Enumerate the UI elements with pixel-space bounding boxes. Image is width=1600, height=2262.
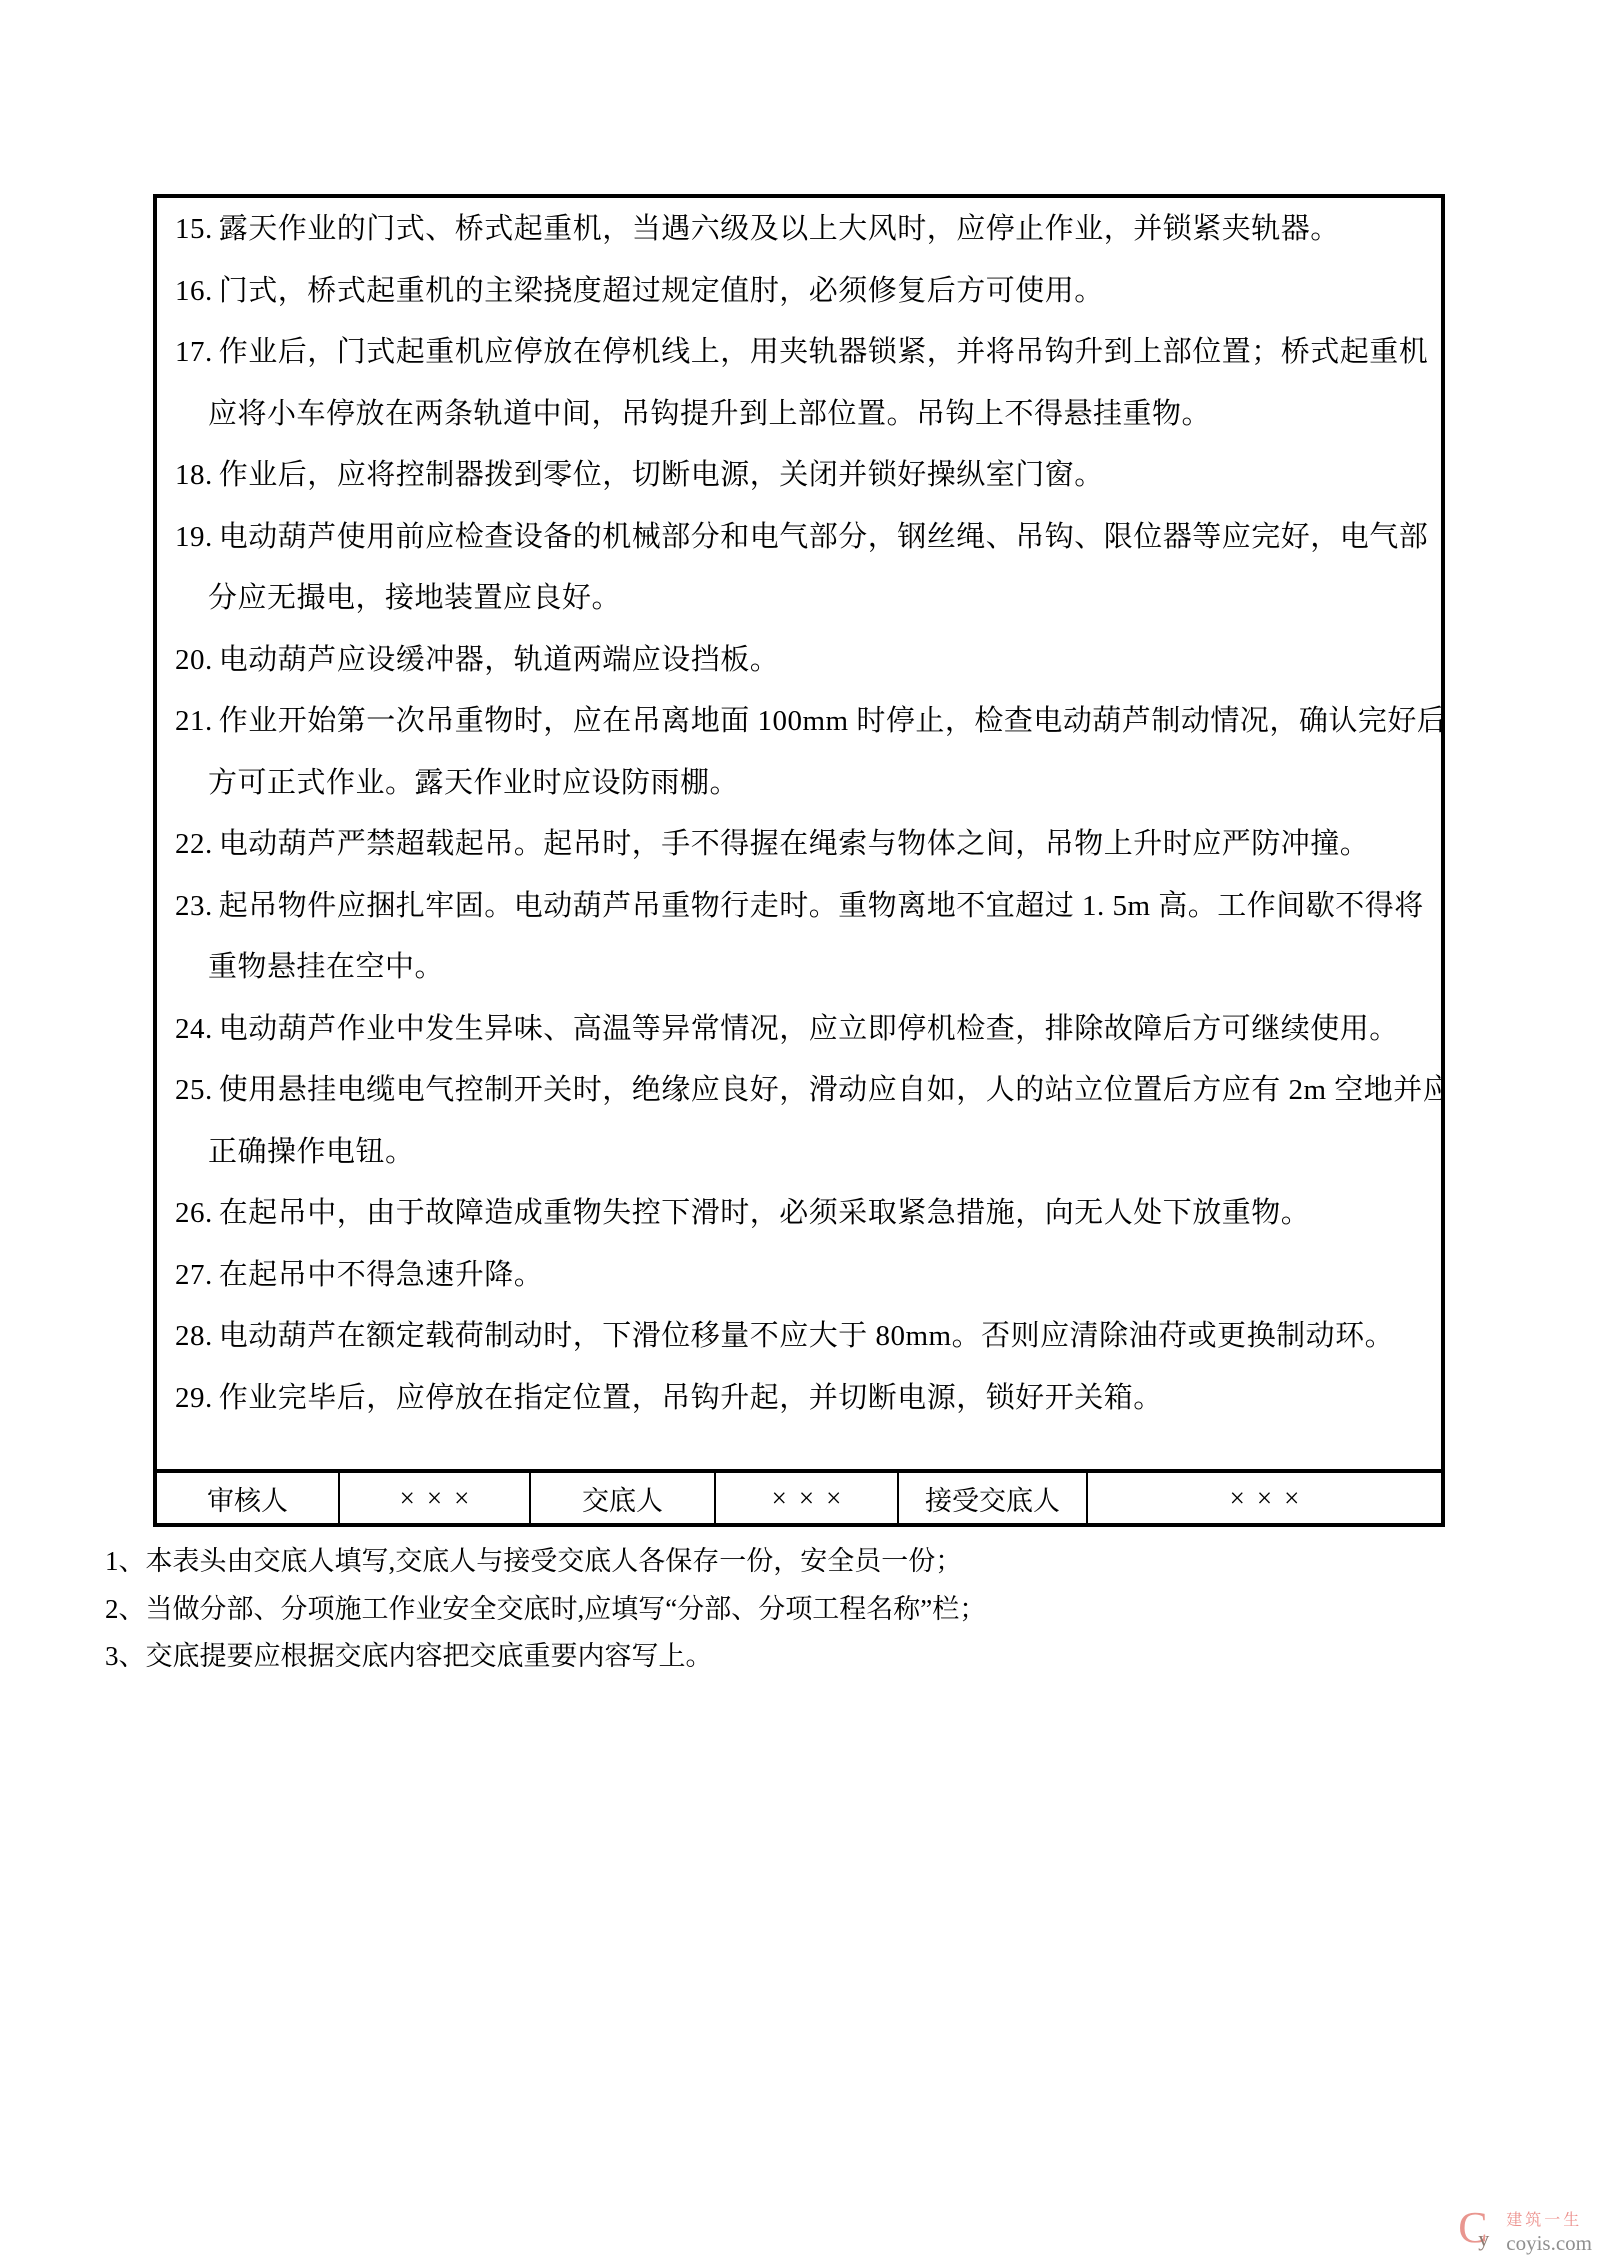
item-number: 21. [175, 705, 213, 737]
item-number: 20. [175, 644, 213, 676]
item-number: 24. [175, 1013, 213, 1045]
list-item: 18.作业后，应将控制器拨到零位，切断电源，关闭并锁好操纵室门窗。 [175, 445, 1425, 507]
footnote-1: 1、本表头由交底人填写,交底人与接受交底人各保存一份，安全员一份； [105, 1538, 986, 1586]
document-page: 15.露天作业的门式、桥式起重机，当遇六级及以上大风时，应停止作业，并锁紧夹轨器… [0, 0, 1600, 2262]
item-text-continuation: 正确操作电钮。 [175, 1122, 1425, 1184]
item-number: 23. [175, 890, 213, 922]
item-text: 作业后，门式起重机应停放在停机线上，用夹轨器锁紧，并将吊钩升到上部位置；桥式起重… [219, 336, 1429, 368]
item-number: 25. [175, 1074, 213, 1106]
numbered-items-list: 15.露天作业的门式、桥式起重机，当遇六级及以上大风时，应停止作业，并锁紧夹轨器… [157, 198, 1441, 1429]
list-item: 27.在起吊中不得急速升降。 [175, 1245, 1425, 1307]
watermark-domain: coyis.com [1506, 2233, 1592, 2254]
list-item: 28.电动葫芦在额定载荷制动时，下滑位移量不应大于 80mm。否则应清除油苻或更… [175, 1306, 1425, 1368]
safety-disclosure-content-box: 15.露天作业的门式、桥式起重机，当遇六级及以上大风时，应停止作业，并锁紧夹轨器… [153, 194, 1445, 1473]
item-number: 28. [175, 1320, 213, 1352]
item-number: 26. [175, 1197, 213, 1229]
watermark: C y 建筑一生 coyis.com [1458, 2210, 1592, 2254]
watermark-text: 建筑一生 coyis.com [1506, 2213, 1592, 2254]
item-text: 作业完毕后，应停放在指定位置，吊钩升起，并切断电源，锁好开关箱。 [219, 1382, 1163, 1414]
receiver-label-cell: 接受交底人 [899, 1473, 1088, 1523]
watermark-brand: 建筑一生 [1506, 2213, 1592, 2229]
item-text: 作业开始第一次吊重物时，应在吊离地面 100mm 时停止，检查电动葫芦制动情况，… [219, 705, 1445, 737]
item-text: 电动葫芦作业中发生异味、高温等异常情况，应立即停机检查，排除故障后方可继续使用。 [219, 1013, 1399, 1045]
item-text-continuation: 重物悬挂在空中。 [175, 937, 1425, 999]
list-item: 23.起吊物件应捆扎牢固。电动葫芦吊重物行走时。重物离地不宜超过 1. 5m 高… [175, 876, 1425, 938]
item-text: 起吊物件应捆扎牢固。电动葫芦吊重物行走时。重物离地不宜超过 1. 5m 高。工作… [219, 890, 1424, 922]
item-number: 16. [175, 275, 213, 307]
signature-row: 审核人 ××× 交底人 ××× 接受交底人 ××× [153, 1473, 1445, 1527]
item-text: 露天作业的门式、桥式起重机，当遇六级及以上大风时，应停止作业，并锁紧夹轨器。 [219, 213, 1340, 245]
discloser-label-cell: 交底人 [531, 1473, 716, 1523]
reviewer-value-cell: ××× [340, 1473, 531, 1523]
list-item: 16.门式，桥式起重机的主梁挠度超过规定值肘，必须修复后方可使用。 [175, 261, 1425, 323]
item-text: 门式，桥式起重机的主梁挠度超过规定值肘，必须修复后方可使用。 [219, 275, 1104, 307]
footnote-2: 2、当做分部、分项施工作业安全交底时,应填写“分部、分项工程名称”栏； [105, 1586, 986, 1634]
list-item: 20.电动葫芦应设缓冲器，轨道两端应设挡板。 [175, 630, 1425, 692]
item-text: 电动葫芦使用前应检查设备的机械部分和电气部分，钢丝绳、吊钩、限位器等应完好，电气… [219, 521, 1429, 553]
item-text-continuation: 应将小车停放在两条轨道中间，吊钩提升到上部位置。吊钩上不得悬挂重物。 [175, 384, 1425, 446]
item-text: 作业后，应将控制器拨到零位，切断电源，关闭并锁好操纵室门窗。 [219, 459, 1104, 491]
item-text-continuation: 分应无撮电，接地装置应良好。 [175, 568, 1425, 630]
footnotes: 1、本表头由交底人填写,交底人与接受交底人各保存一份，安全员一份； 2、当做分部… [105, 1538, 986, 1681]
item-number: 29. [175, 1382, 213, 1414]
logo-letter-y: y [1478, 2228, 1489, 2250]
list-item: 29.作业完毕后，应停放在指定位置，吊钩升起，并切断电源，锁好开关箱。 [175, 1368, 1425, 1430]
item-number: 15. [175, 213, 213, 245]
list-item: 21.作业开始第一次吊重物时，应在吊离地面 100mm 时停止，检查电动葫芦制动… [175, 691, 1425, 753]
list-item: 24.电动葫芦作业中发生异味、高温等异常情况，应立即停机检查，排除故障后方可继续… [175, 999, 1425, 1061]
list-item: 22.电动葫芦严禁超载起吊。起吊时，手不得握在绳索与物体之间，吊物上升时应严防冲… [175, 814, 1425, 876]
item-text: 使用悬挂电缆电气控制开关时，绝缘应良好，滑动应自如，人的站立位置后方应有 2m … [219, 1074, 1445, 1106]
item-text: 电动葫芦应设缓冲器，轨道两端应设挡板。 [219, 644, 780, 676]
footnote-3: 3、交底提要应根据交底内容把交底重要内容写上。 [105, 1633, 986, 1681]
list-item: 25.使用悬挂电缆电气控制开关时，绝缘应良好，滑动应自如，人的站立位置后方应有 … [175, 1060, 1425, 1122]
coyis-logo-icon: C y [1458, 2210, 1500, 2254]
item-text: 在起吊中，由于故障造成重物失控下滑时，必须采取紧急措施，向无人处下放重物。 [219, 1197, 1311, 1229]
discloser-value-cell: ××× [716, 1473, 899, 1523]
list-item: 26.在起吊中，由于故障造成重物失控下滑时，必须采取紧急措施，向无人处下放重物。 [175, 1183, 1425, 1245]
item-number: 19. [175, 521, 213, 553]
list-item: 15.露天作业的门式、桥式起重机，当遇六级及以上大风时，应停止作业，并锁紧夹轨器… [175, 199, 1425, 261]
item-text-continuation: 方可正式作业。露天作业时应设防雨棚。 [175, 753, 1425, 815]
item-number: 22. [175, 828, 213, 860]
item-number: 17. [175, 336, 213, 368]
item-number: 18. [175, 459, 213, 491]
receiver-value-cell: ××× [1088, 1473, 1441, 1523]
list-item: 19.电动葫芦使用前应检查设备的机械部分和电气部分，钢丝绳、吊钩、限位器等应完好… [175, 507, 1425, 569]
list-item: 17.作业后，门式起重机应停放在停机线上，用夹轨器锁紧，并将吊钩升到上部位置；桥… [175, 322, 1425, 384]
item-text: 电动葫芦严禁超载起吊。起吊时，手不得握在绳索与物体之间，吊物上升时应严防冲撞。 [219, 828, 1370, 860]
item-number: 27. [175, 1259, 213, 1291]
item-text: 电动葫芦在额定载荷制动时，下滑位移量不应大于 80mm。否则应清除油苻或更换制动… [219, 1320, 1394, 1352]
reviewer-label-cell: 审核人 [157, 1473, 340, 1523]
item-text: 在起吊中不得急速升降。 [219, 1259, 544, 1291]
